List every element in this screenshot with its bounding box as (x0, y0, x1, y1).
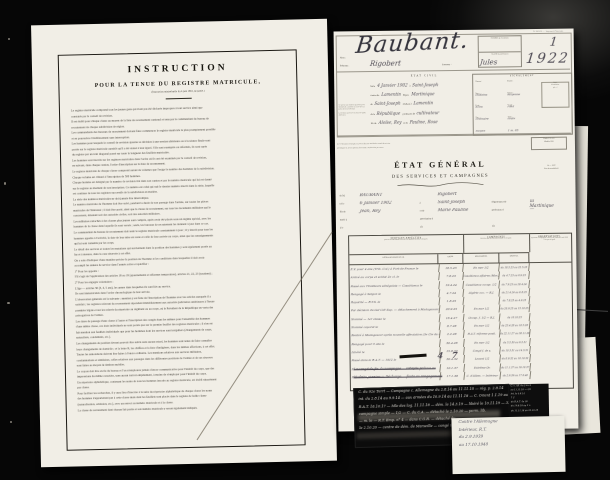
cell-service-date: 19.4.24 (439, 280, 464, 289)
civil-label: canton de (370, 95, 379, 97)
civil-value-handwriting: 4 Janvier 1902 (377, 83, 408, 88)
scanned-register-spread: INSTRUCTION POUR LA TENUE DU REGISTRE MA… (0, 0, 610, 480)
strip-line: du 11.11.18 au 23.10.19 (509, 408, 549, 413)
civil-status-row: fils de Aloïse, Rey et de Pauline, Rose (371, 119, 473, 129)
cell-campaign-designation: C. d'Allem. — Intérieur (464, 371, 501, 380)
designation-column-header: DÉSIGNATION. (463, 253, 500, 263)
cell-observations (530, 283, 571, 284)
civil-label: fils de (371, 123, 377, 125)
identity-value-handwriting (438, 226, 490, 227)
surname-handwriting: Baubant. (354, 28, 470, 59)
dust-speck (10, 421, 12, 423)
cell-service-date: 20.9.25 (440, 305, 465, 314)
rifle-stamp-line: Modèle 1916 (532, 140, 566, 143)
description-field-value: moyenne (507, 92, 520, 96)
legal-note: (2) Indiquer les nom et prénoms de la mè… (337, 147, 391, 150)
identity-value-handwriting: Saint-Joseph (437, 200, 490, 206)
cell-campaign-dates: du 4.7.23 au 6.9.23 (499, 271, 530, 280)
services-column-subtitle: preuves de toute nature faites qu'à un r… (349, 239, 463, 242)
cell-observations (530, 325, 571, 326)
civil-label: de (370, 104, 372, 106)
cell-service-date: 7.8.23 (439, 272, 464, 281)
name-label: Nom : (340, 57, 346, 59)
dust-speck (8, 38, 10, 40)
instruction-rule (165, 98, 191, 100)
cell-observations (531, 375, 572, 376)
description-field-label: Cheveux : (475, 80, 507, 82)
identity-value-handwriting: Marie Pauline (437, 208, 490, 214)
identity-label: département de (492, 200, 528, 203)
number-box-label-2: CLASSE de mobilisation (479, 52, 521, 68)
identity-value-handwriting: Jean, Rey (359, 209, 418, 215)
description-field-value: ordinaire (475, 117, 489, 121)
civil-value-handwriting: cultivateur (417, 110, 440, 115)
table-body: E.V. pour 4 ans (Trib. Col.) à Fort-de-F… (349, 263, 572, 382)
civil-value-handwriting: Pauline, Rose (409, 119, 438, 124)
description-field: Cheveux : châtains (475, 80, 507, 92)
civil-value-handwriting: Lamentin (381, 92, 401, 97)
cell-campaign-dates: du 5.5.30 au 9.3.31 (500, 338, 531, 347)
total-handwriting: 4 7 (437, 350, 461, 360)
civil-note: Les données ayant servi de base du régim… (339, 113, 369, 118)
cell-observations (530, 308, 571, 309)
identity-label: à (420, 201, 436, 204)
cell-campaign-designation: Casablanca occup. 1/2 (463, 280, 500, 289)
cell-campaign-designation: Extrême-Or. (464, 363, 501, 372)
description-fields: Cheveux : châtains Bouche : moyenne Yeux… (475, 80, 540, 129)
civil-value-handwriting: République (377, 110, 401, 115)
identity-value-handwriting (360, 227, 418, 228)
dates2-column-header: DATES (2). (500, 253, 530, 263)
description-field-value: châtains (475, 93, 487, 97)
description-field-value: ovale (507, 116, 515, 120)
identity-label: né le (340, 202, 358, 205)
civil-label: et de (403, 122, 407, 124)
cell-observations (530, 341, 571, 342)
cell-observations (531, 358, 572, 359)
identity-value-handwriting: BAUBANT (359, 192, 418, 198)
cell-observations (530, 300, 571, 301)
civil-label: de la (371, 114, 375, 116)
cell-observations (530, 333, 571, 334)
cell-campaign-dates: du 20.9.25 au 15.10.25 (500, 305, 531, 314)
stamp-note: Vu — 1922Bur. de recrutement (533, 165, 569, 170)
class-year-handwriting: 1922 (525, 51, 570, 68)
cell-campaign-designation: Casablanca affaires (Mar.) (463, 272, 500, 281)
left-page: INSTRUCTION POUR LA TENUE DU REGISTRE MA… (31, 19, 337, 468)
rifle-stamp: Fusil n° 18.133Modèle 1916 (531, 137, 567, 150)
identity-value-handwriting (360, 219, 418, 220)
firstname-label: Prénoms : (340, 65, 349, 67)
table-header-services: SERVICES EFFECTIFS preuves de toute natu… (349, 235, 464, 254)
description-field-value: rond (507, 104, 514, 108)
right-page: R. 2063-31. — Imprimerie Nationale. Nom … (334, 29, 579, 432)
description-field-value: 1 m. 65 (508, 128, 519, 132)
cell-service-date: 2.2.28 (440, 330, 465, 339)
dust-speck (7, 302, 10, 304)
civil-value-handwriting: Saint-Joseph (412, 82, 439, 87)
identity-label: et de (420, 210, 436, 213)
cell-observations (531, 366, 572, 367)
instruction-paragraphs: Le registre matricule comprend tous les … (71, 104, 294, 414)
number-box: NUMÉRO de recrutement CLASSE de mobilisa… (478, 35, 522, 68)
cell-campaign-dates: du 22.11.27 au 30.11.28 (500, 329, 531, 338)
civil-value-handwriting: Lamentin (413, 101, 433, 106)
nickname-label: Surnoms : (442, 64, 451, 66)
note-slip: Contre l'AllemagneIntérieur, R.T.du 2.9.… (451, 416, 565, 474)
cell-observations (530, 275, 571, 276)
cell-campaign-designation: En mer 1/2 (464, 305, 501, 314)
identity-rows: de M. BAUBANT Rigobert né le 6 Janvier 1… (340, 191, 572, 235)
table-header: SERVICES EFFECTIFS preuves de toute natu… (349, 234, 571, 266)
number-box-label-1: NUMÉRO de recrutement (479, 36, 521, 53)
cell-campaign-designation: Levant 1/2 (464, 355, 501, 364)
campagnes-column-subtitle: blessures que les intéressés en dont il … (463, 238, 529, 241)
instruction-title: INSTRUCTION (59, 61, 296, 76)
identity-value-handwriting: Rigobert (437, 192, 490, 198)
cell-observations (529, 267, 570, 268)
identity-label: autorisation d (420, 217, 436, 220)
stamp-note-line: Bur. de recrutement (533, 167, 569, 170)
identity-label: à le (340, 226, 358, 229)
civil-value-handwriting: Martinique (411, 91, 435, 96)
description-field-label: Bouche : (507, 80, 539, 82)
observations-column-subtitle: blessures et campagnes relevées sur l'in… (529, 238, 570, 243)
cell-service-date: 30.4.28 (440, 339, 465, 348)
identity-label: de M. (340, 194, 358, 197)
description-field-value: moyen (476, 129, 486, 133)
identity-label: fils de (340, 211, 358, 214)
civil-label: départ. (403, 95, 409, 97)
description-header: SIGNALEMENT (473, 75, 571, 78)
identity-value-handwriting: 6 Janvier 1902 (359, 201, 418, 207)
civil-label: Né le (370, 86, 375, 88)
civil-label: profession de (403, 113, 415, 115)
slip-line: au 17.10.1940 (452, 439, 566, 449)
table-header-observations: OBSERVATIONS. blessures et campagnes rel… (529, 234, 570, 262)
identity-value-handwriting (438, 218, 490, 219)
cell-campaign-dates: du 8.9.32 au 10.10.32 (500, 354, 531, 363)
civil-note: Se reporter aux mentions prescrites par … (338, 105, 368, 112)
civil-label: résidant à (403, 104, 412, 106)
dust-speck (4, 182, 6, 185)
civil-value-handwriting: Aloïse, Rey (378, 119, 402, 124)
identity-value-handwriting: — (529, 207, 558, 212)
title-flourish (395, 182, 485, 189)
cell-observations (530, 317, 571, 318)
civil-label: à (410, 86, 411, 88)
civil-value-handwriting: Saint-Joseph (374, 101, 401, 106)
civil-status-rows: Né le 4 Janvier 1902 à Saint-Joseph cant… (370, 82, 473, 129)
description-box: SIGNALEMENT Cheveux : châtains Bouche : … (472, 73, 573, 136)
legal-notes: (1) Si l'homme est exempté, inscrire la … (337, 143, 391, 152)
dates-column-header: DATES. (439, 254, 464, 264)
identity-label: (2) (492, 224, 528, 227)
cell-observations (530, 350, 571, 351)
cell-observations (530, 292, 571, 293)
civil-margin-notes: Se reporter aux mentions prescrites par … (338, 105, 368, 120)
instruction-border-frame: INSTRUCTION POUR LA TENUE DU REGISTRE MA… (58, 49, 306, 450)
table-header-campagnes: CAMPAGNES blessures que les intéressés e… (463, 234, 530, 253)
cell-campaign-dates: du 11.1.37 au 19.10.37 (500, 363, 531, 372)
cell-campaign-dates: du 2.9.39 au 17.6.40 (500, 371, 531, 380)
education-line: gle : 2 (542, 87, 568, 90)
services-title: ÉTAT GÉNÉRAL (355, 159, 525, 170)
cell-campaign-dates: du 7.9.23 au 20.4.24 (499, 280, 530, 289)
education-box: Degréd'instructiongle : 2 (541, 82, 569, 108)
recruit-number-handwriting: 1 (549, 35, 558, 49)
identity-label: profession d (492, 208, 528, 211)
description-field: Bouche : moyenne (507, 80, 539, 92)
identity-label: (1) (420, 225, 436, 228)
identity-label: marié à (340, 218, 358, 221)
description-field-value: noirs (475, 105, 483, 109)
services-subtitle: DES SERVICES ET CAMPAGNES (355, 172, 525, 179)
legal-note: (1) Si l'homme est exempté, inscrire la … (337, 143, 391, 146)
firstname-handwriting: Rigobert (370, 60, 402, 68)
cell-campaign-designation: R.A.T. réforme posit. (464, 330, 501, 339)
